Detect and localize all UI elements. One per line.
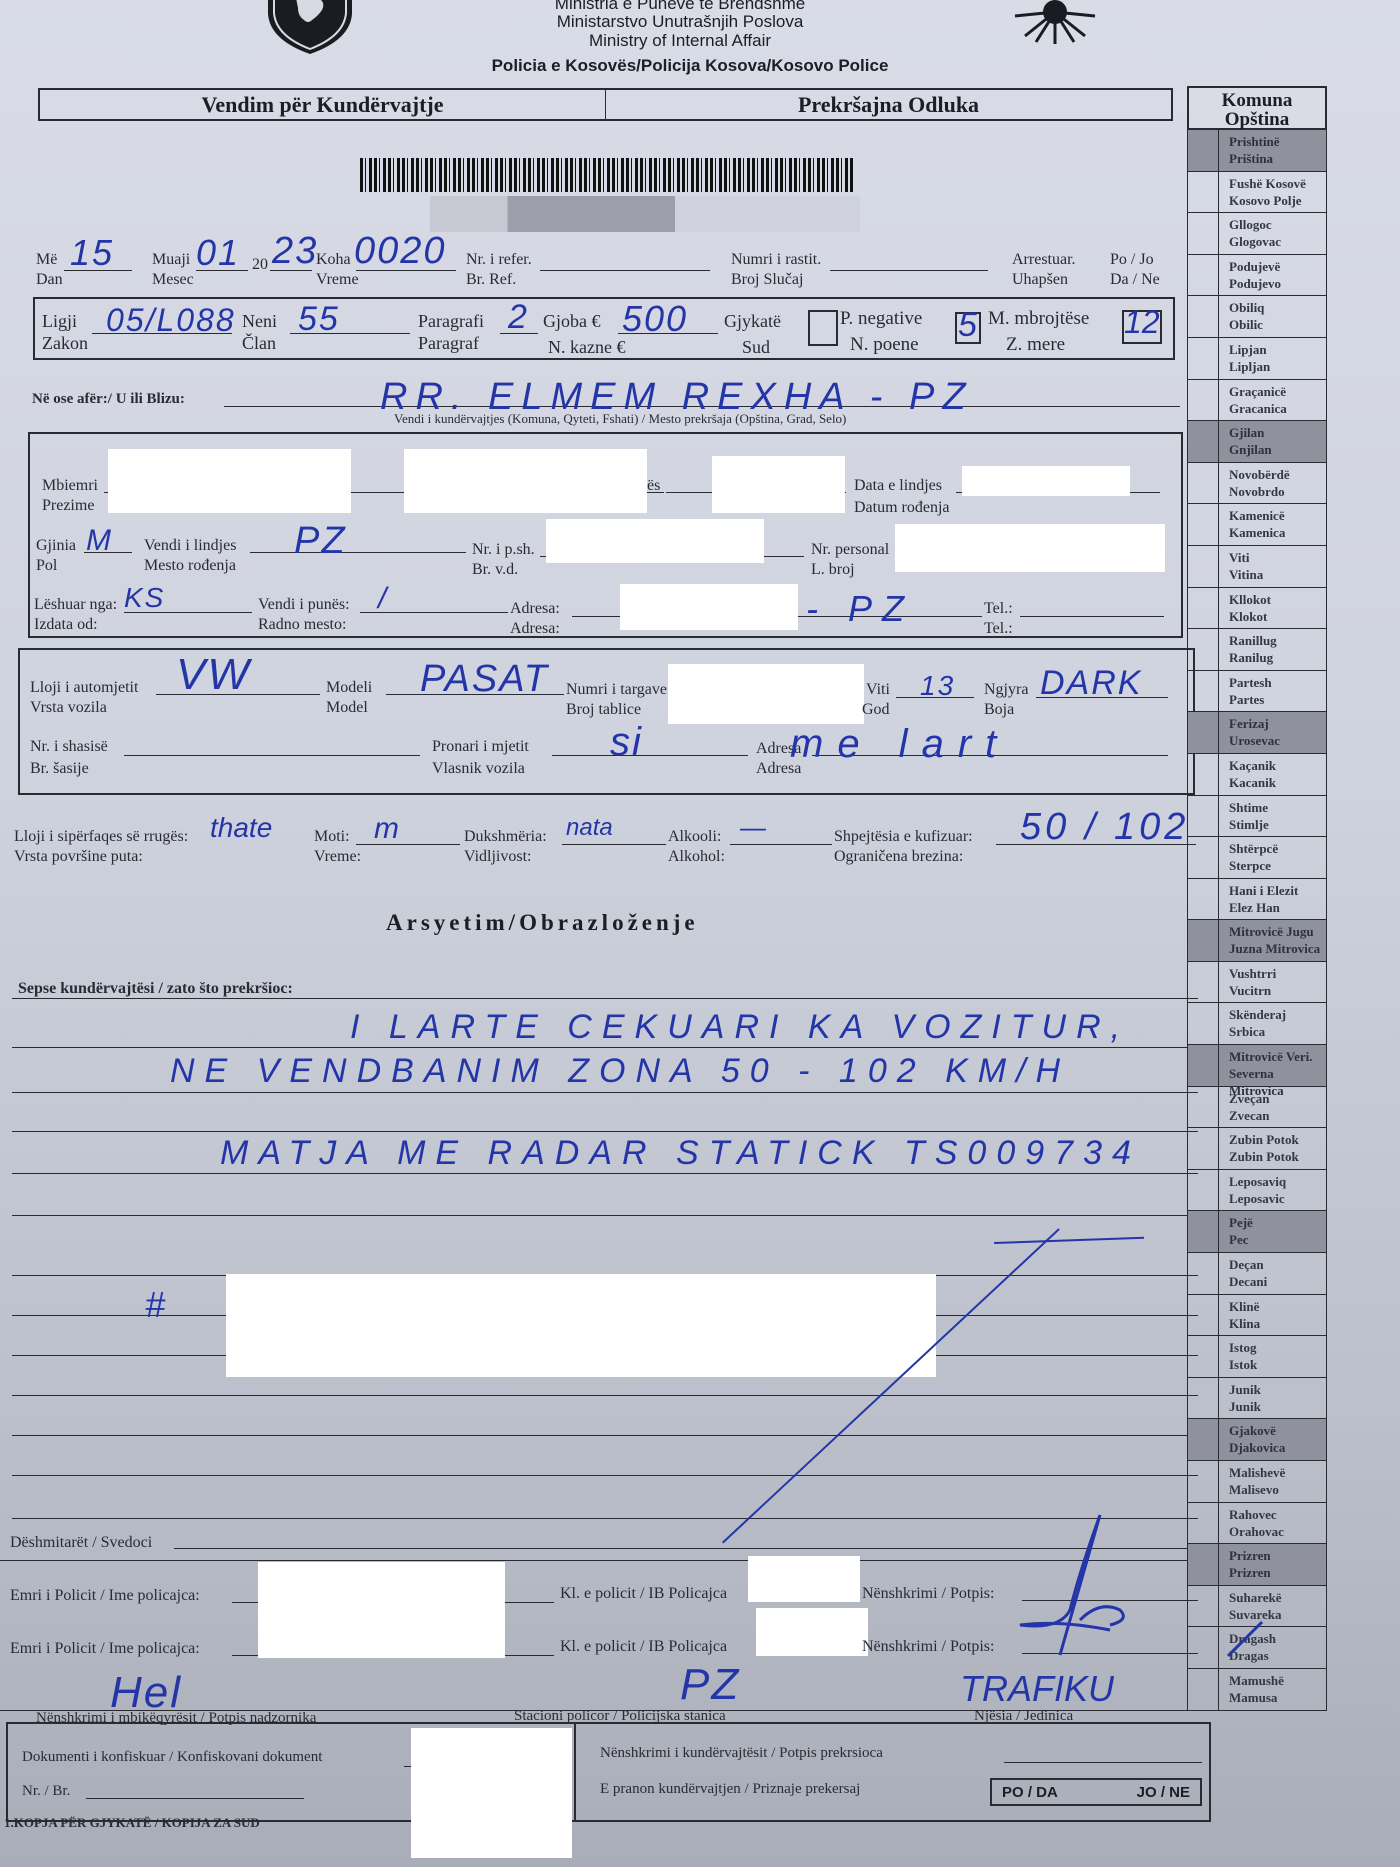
municipality-checkbox[interactable] — [1188, 504, 1219, 545]
birthplace-label: Vendi i lindjes — [144, 537, 236, 555]
ref-field[interactable] — [540, 270, 710, 271]
municipality-row[interactable]: LipjanLipljan — [1187, 338, 1327, 380]
chassis-number-label-sr: Br. šasije — [30, 760, 89, 778]
officer-name-label-1: Emri i Policit / Ime policajca: — [10, 1587, 200, 1605]
officer-name-field-1-redacted[interactable] — [258, 1562, 505, 1613]
municipality-name: FerizajUrosevac — [1219, 712, 1326, 753]
address-label-sr: Adresa: — [510, 620, 560, 638]
municipality-row[interactable]: GjakovëDjakovica — [1187, 1419, 1327, 1461]
municipality-row[interactable]: IstogIstok — [1187, 1336, 1327, 1378]
year-prefix: 20 — [252, 256, 268, 274]
station-field[interactable]: PZ — [680, 1660, 740, 1710]
address-label: Adresa: — [510, 600, 560, 618]
day-field[interactable]: 15 — [70, 232, 114, 274]
municipality-row[interactable]: Mitrovicë JuguJuzna Mitrovica — [1187, 920, 1327, 962]
municipality-checkbox[interactable] — [1188, 629, 1219, 670]
time-label: Koha — [316, 251, 351, 269]
municipality-name: Fushë KosovëKosovo Polje — [1219, 172, 1326, 213]
municipality-name: Zubin PotokZubin Potok — [1219, 1128, 1326, 1169]
municipality-row[interactable]: GjilanGnjilan — [1187, 421, 1327, 463]
visibility-field[interactable]: nata — [566, 814, 613, 842]
court-label-sr: Sud — [742, 338, 770, 356]
municipality-checkbox[interactable] — [1188, 1003, 1219, 1044]
law-field[interactable]: 05/L088 — [106, 302, 236, 339]
gender-label-sr: Pol — [36, 557, 57, 575]
plate-number-label-sr: Broj tablice — [566, 701, 641, 719]
municipality-name: ObiliqObilic — [1219, 296, 1326, 337]
owner-label: Pronari i mjetit — [432, 738, 529, 756]
municipality-checkbox[interactable] — [1188, 1586, 1219, 1627]
location-caption: Vendi i kundërvajtjes (Komuna, Qyteti, F… — [394, 410, 846, 428]
municipality-checkbox[interactable] — [1188, 754, 1219, 795]
municipality-name: KaçanikKacanik — [1219, 754, 1326, 795]
municipality-row[interactable]: NovobërdëNovobrdo — [1187, 463, 1327, 505]
municipality-name: JunikJunik — [1219, 1378, 1326, 1419]
officer-signature-icon — [1000, 1510, 1140, 1660]
owner-label-sr: Vlasnik vozila — [432, 760, 525, 778]
admits-offense-label: E pranon kundërvajtjen / Priznaje preker… — [600, 1780, 860, 1798]
municipality-name: GjakovëDjakovica — [1219, 1419, 1326, 1460]
protective-measures-field[interactable]: 12 — [1124, 304, 1160, 341]
issued-by-label-sr: Izdata od: — [34, 616, 98, 634]
confiscated-document-redacted — [411, 1728, 572, 1858]
article-label-sr: Član — [242, 334, 276, 352]
time-field[interactable]: 0020 — [354, 230, 447, 273]
municipality-name: LeposaviqLeposavic — [1219, 1170, 1326, 1211]
municipality-name: NovobërdëNovobrdo — [1219, 463, 1326, 504]
weather-field[interactable]: m — [374, 812, 401, 846]
reasoning-line-2[interactable]: NE VENDBANIM ZONA 50 - 102 KM/H — [170, 1052, 1070, 1091]
speed-limit-field[interactable]: 50 / 102 — [1020, 806, 1189, 849]
municipality-checkbox[interactable] — [1188, 1419, 1219, 1460]
municipality-checkbox[interactable] — [1188, 1627, 1219, 1668]
municipality-row[interactable]: ObiliqObilic — [1187, 296, 1327, 338]
road-surface-label: Lloji i sipërfaqes së rrugës: — [14, 828, 188, 846]
municipality-name: ZveçanZvecan — [1219, 1087, 1326, 1128]
municipality-name: PejëPec — [1219, 1211, 1326, 1252]
workplace-label: Vendi i punës: — [258, 596, 350, 614]
municipality-checkbox[interactable] — [1188, 1211, 1219, 1252]
municipality-checkbox[interactable] — [1188, 671, 1219, 712]
form-title-bar: Vendim për Kundërvajtje Prekršajna Odluk… — [38, 88, 1173, 121]
municipality-checkbox[interactable] — [1188, 1461, 1219, 1502]
municipality-checkbox[interactable] — [1188, 1170, 1219, 1211]
municipality-row[interactable]: ParteshPartes — [1187, 671, 1327, 713]
license-number-label-sr: Br. v.d. — [472, 561, 518, 579]
municipality-checkbox[interactable] — [1188, 130, 1219, 171]
municipality-checkbox[interactable] — [1188, 712, 1219, 753]
vehicle-year-field[interactable]: 13 — [920, 670, 955, 702]
municipality-row[interactable]: VitiVitina — [1187, 546, 1327, 588]
municipality-checkbox[interactable] — [1188, 546, 1219, 587]
strike-line-top — [994, 1237, 1144, 1244]
form-title-sr: Prekršajna Odluka — [606, 90, 1171, 119]
plate-number-field-redacted[interactable] — [668, 664, 864, 724]
vehicle-type-field[interactable]: VW — [176, 650, 251, 700]
municipality-checkbox[interactable] — [1188, 421, 1219, 462]
municipality-row[interactable]: GllogocGlogovac — [1187, 213, 1327, 255]
alcohol-label: Alkooli: — [668, 828, 721, 846]
dob-label-sr: Datum rođenja — [854, 499, 950, 517]
road-surface-field[interactable]: thate — [210, 812, 272, 844]
case-number-label: Numri i rastit. — [731, 251, 821, 269]
municipality-name: MamushëMamusa — [1219, 1669, 1326, 1710]
birthplace-label-sr: Mesto rođenja — [144, 557, 236, 575]
municipality-row[interactable]: FerizajUrosevac — [1187, 712, 1327, 754]
municipality-name: ShtimeStimlje — [1219, 796, 1326, 837]
municipality-name: KllokotKlokot — [1219, 588, 1326, 629]
municipality-checkbox[interactable] — [1188, 1087, 1219, 1128]
officer-name-label-2: Emri i Policit / Ime policajca: — [10, 1640, 200, 1658]
paragraph-field[interactable]: 2 — [508, 298, 529, 337]
document-nr-field[interactable] — [86, 1798, 304, 1799]
municipality-row[interactable]: PodujevëPodujevo — [1187, 255, 1327, 297]
model-label-sr: Model — [326, 699, 368, 717]
article-label: Neni — [242, 312, 277, 330]
owner-field[interactable]: si — [610, 720, 643, 765]
ref-label-sr: Br. Ref. — [466, 271, 516, 289]
negative-points-label-sr: N. poene — [850, 336, 919, 354]
reasoning-line-3[interactable]: MATJA ME RADAR STATICK TS009734 — [220, 1134, 1141, 1173]
color-label-sr: Boja — [984, 701, 1014, 719]
color-field[interactable]: DARK — [1040, 664, 1142, 703]
officer-id-label-2: Kl. e policit / IB Policajca — [560, 1638, 727, 1656]
municipality-checkbox[interactable] — [1188, 1295, 1219, 1336]
tel-label-sr: Tel.: — [984, 620, 1013, 638]
municipality-name: LipjanLipljan — [1219, 338, 1326, 379]
address-field[interactable]: - PZ — [806, 588, 914, 630]
municipality-row[interactable]: SkënderajSrbica — [1187, 1003, 1327, 1045]
barcode-number-redacted — [430, 196, 860, 232]
location-label: Në ose afër:/ U ili Blizu: — [32, 390, 185, 408]
admits-yes-option[interactable]: PO / DA — [1002, 1784, 1058, 1801]
municipality-row[interactable]: KaçanikKacanik — [1187, 754, 1327, 796]
municipality-name: RahovecOrahovac — [1219, 1503, 1326, 1544]
ref-label: Nr. i refer. — [466, 251, 532, 269]
municipality-checkbox[interactable] — [1188, 380, 1219, 421]
fine-label-sr: N. kazne € — [548, 338, 625, 356]
municipality-row[interactable]: Mitrovicë Veri.Severna Mitrovica — [1187, 1045, 1327, 1087]
municipality-checkbox[interactable] — [1188, 338, 1219, 379]
reasoning-because-label: Sepse kundërvajtësi / zato što prekršioc… — [18, 980, 293, 998]
municipality-row[interactable]: JunikJunik — [1187, 1378, 1327, 1420]
negative-points-field[interactable]: 5 — [958, 306, 977, 345]
personal-number-label: Nr. personal — [811, 541, 889, 559]
alcohol-field[interactable]: — — [740, 812, 768, 843]
municipality-name: Mitrovicë Veri.Severna Mitrovica — [1219, 1045, 1326, 1086]
officer-id-field-2-redacted[interactable] — [756, 1608, 868, 1656]
issued-by-field[interactable]: KS — [124, 582, 165, 614]
document-nr-label: Nr. / Br. — [22, 1782, 70, 1800]
paragraph-label-sr: Paragraf — [418, 334, 479, 352]
case-number-field[interactable] — [830, 270, 988, 271]
municipality-name: VushtrriVucitrn — [1219, 962, 1326, 1003]
month-label: Muaji — [152, 251, 190, 269]
dob-label: Data e lindjes — [854, 477, 942, 495]
dob-field-redacted[interactable] — [962, 466, 1130, 496]
chassis-number-field[interactable] — [124, 755, 420, 756]
vehicle-year-label-sr: God — [862, 701, 890, 719]
fine-label: Gjoba € — [543, 312, 601, 330]
arrested-label-sr: Uhapšen — [1012, 271, 1068, 289]
officer-id-field-1-redacted[interactable] — [748, 1556, 860, 1602]
municipality-checkbox[interactable] — [1188, 1503, 1219, 1544]
workplace-label-sr: Radno mesto: — [258, 616, 346, 634]
issued-by-label: Lëshuar nga: — [34, 596, 117, 614]
case-number-label-sr: Broj Slučaj — [731, 271, 803, 289]
municipality-name: PrizrenPrizren — [1219, 1544, 1326, 1585]
municipality-list: Komuna Opština PrishtinëPrištinaFushë Ko… — [1187, 86, 1327, 1711]
surname-label-sr: Prezime — [42, 497, 94, 515]
tel-label: Tel.: — [984, 600, 1013, 618]
ministry-name-sr: Ministarstvo Unutrašnjih Poslova — [470, 12, 890, 31]
month-label-sr: Mesec — [152, 271, 194, 289]
reasoning-line-1[interactable]: I LARTE CEKUARI KA VOZITUR, — [350, 1008, 1130, 1047]
father-name-field-redacted[interactable] — [712, 456, 845, 513]
municipality-name: VitiVitina — [1219, 546, 1326, 587]
confiscated-document-label: Dokumenti i konfiskuar / Konfiskovani do… — [22, 1748, 322, 1766]
kosovo-police-shield-icon — [262, 0, 358, 56]
municipality-checkbox[interactable] — [1188, 962, 1219, 1003]
copy-note: 1.KOPJA PËR GJYKATË / KOPIJA ZA SUD — [4, 1814, 260, 1832]
offender-signature-label: Nënshkrimi i kundërvajtësit / Potpis pre… — [600, 1744, 883, 1762]
municipality-row[interactable]: Zubin PotokZubin Potok — [1187, 1128, 1327, 1170]
reasoning-title: Arsyetim/Obrazloženje — [386, 910, 699, 936]
article-field[interactable]: 55 — [298, 300, 340, 339]
court-label: Gjykatë — [724, 312, 781, 330]
vehicle-type-label-sr: Vrsta vozila — [30, 699, 107, 717]
municipality-row[interactable]: DeçanDecani — [1187, 1253, 1327, 1295]
time-label-sr: Vreme — [316, 271, 359, 289]
municipality-row[interactable]: PejëPec — [1187, 1211, 1327, 1253]
chassis-number-label: Nr. i shasisë — [30, 738, 108, 756]
municipality-name: Hani i ElezitElez Han — [1219, 879, 1326, 920]
gender-field[interactable]: M — [86, 524, 113, 558]
day-label: Më — [36, 251, 57, 269]
sun-emblem-icon — [1000, 0, 1110, 46]
speed-limit-label-sr: Ograničena brezina: — [834, 848, 963, 866]
municipality-name: PodujevëPodujevo — [1219, 255, 1326, 296]
prizren-check-mark-icon — [1226, 1620, 1266, 1660]
municipality-row[interactable]: LeposaviqLeposavic — [1187, 1170, 1327, 1212]
municipality-checkbox[interactable] — [1188, 1544, 1219, 1585]
municipality-checkbox[interactable] — [1188, 1669, 1219, 1710]
alcohol-label-sr: Alkohol: — [668, 848, 725, 866]
municipality-checkbox[interactable] — [1188, 1045, 1219, 1086]
negative-points-label: P. negative — [840, 310, 922, 328]
weather-label-sr: Vreme: — [314, 848, 361, 866]
birthplace-field[interactable]: PZ — [294, 520, 347, 563]
gender-label: Gjinia — [36, 537, 76, 555]
offender-signature-field[interactable] — [1004, 1762, 1202, 1763]
paragraph-label: Paragrafi — [418, 312, 484, 330]
license-number-field-redacted[interactable] — [546, 519, 764, 563]
vehicle-year-label: Viti — [866, 681, 890, 699]
law-label: Ligji — [42, 312, 77, 330]
law-label-sr: Zakon — [42, 334, 88, 352]
visibility-label-sr: Vidljivost: — [464, 848, 532, 866]
barcode — [360, 158, 855, 192]
unit-field[interactable]: TRAFIKU — [960, 1668, 1114, 1710]
plate-number-label: Numri i targave — [566, 681, 667, 699]
address-field-redacted[interactable] — [620, 584, 798, 630]
municipality-name: RanillugRanilug — [1219, 629, 1326, 670]
municipality-row[interactable]: MalishevëMalisevo — [1187, 1461, 1327, 1503]
arrested-options-sr[interactable]: Da / Ne — [1110, 271, 1160, 289]
model-field[interactable]: PASAT — [420, 658, 549, 701]
municipality-row[interactable]: RahovecOrahovac — [1187, 1503, 1327, 1545]
model-label: Modeli — [326, 679, 372, 697]
municipality-name: KlinëKlina — [1219, 1295, 1326, 1336]
municipality-name: PrishtinëPriština — [1219, 130, 1326, 171]
police-title: Policia e Kosovës/Policija Kosova/Kosovo… — [440, 56, 940, 76]
municipality-name: KamenicëKamenica — [1219, 504, 1326, 545]
municipality-row[interactable]: GraçanicëGracanica — [1187, 380, 1327, 422]
vehicle-type-label: Lloji i automjetit — [30, 679, 138, 697]
weather-label: Moti: — [314, 828, 350, 846]
municipality-row[interactable]: ShtërpcëSterpce — [1187, 837, 1327, 879]
personal-number-field-redacted[interactable] — [895, 524, 1165, 572]
signature-label-2: Nënshkrimi / Potpis: — [862, 1638, 994, 1656]
license-number-label: Nr. i p.sh. — [472, 541, 535, 559]
admits-no-option[interactable]: JO / NE — [1137, 1784, 1190, 1801]
municipality-row[interactable]: KllokotKlokot — [1187, 588, 1327, 630]
municipality-row[interactable]: KlinëKlina — [1187, 1295, 1327, 1337]
municipality-name: DeçanDecani — [1219, 1253, 1326, 1294]
visibility-label: Dukshmëria: — [464, 828, 547, 846]
municipality-checkbox[interactable] — [1188, 837, 1219, 878]
color-label: Ngjyra — [984, 681, 1028, 699]
workplace-field[interactable]: / — [378, 582, 388, 616]
witnesses-label: Dëshmitarët / Svedoci — [10, 1534, 152, 1552]
father-name-label: ës — [647, 477, 660, 495]
personal-number-label-sr: L. broj — [811, 561, 855, 579]
arrested-label: Arrestuar. — [1012, 251, 1076, 269]
speed-limit-label: Shpejtësia e kufizuar: — [834, 828, 973, 846]
municipality-name: SkënderajSrbica — [1219, 1003, 1326, 1044]
municipality-row[interactable]: KamenicëKamenica — [1187, 504, 1327, 546]
municipality-checkbox[interactable] — [1188, 920, 1219, 961]
name-field-redacted[interactable] — [404, 449, 647, 513]
municipality-checkbox[interactable] — [1188, 1253, 1219, 1294]
day-label-sr: Dan — [36, 271, 63, 289]
municipality-row[interactable]: VushtrriVucitrn — [1187, 962, 1327, 1004]
municipality-checkbox[interactable] — [1188, 213, 1219, 254]
municipality-row[interactable]: Hani i ElezitElez Han — [1187, 879, 1327, 921]
footer-section — [6, 1722, 1211, 1822]
municipality-header: Komuna Opština — [1187, 86, 1327, 130]
municipality-checkbox[interactable] — [1188, 879, 1219, 920]
owner-address-field[interactable]: me lart — [790, 722, 1010, 767]
municipality-checkbox[interactable] — [1188, 588, 1219, 629]
reasoning-redacted — [226, 1274, 936, 1377]
municipality-name: GraçanicëGracanica — [1219, 380, 1326, 421]
admits-offense-options: PO / DA JO / NE — [990, 1778, 1202, 1806]
municipality-checkbox[interactable] — [1188, 796, 1219, 837]
municipality-checkbox[interactable] — [1188, 463, 1219, 504]
municipality-checkbox[interactable] — [1188, 172, 1219, 213]
month-field[interactable]: 01 — [196, 232, 240, 274]
municipality-row[interactable]: ShtimeStimlje — [1187, 796, 1327, 838]
municipality-checkbox[interactable] — [1188, 296, 1219, 337]
municipality-row[interactable]: Fushë KosovëKosovo Polje — [1187, 172, 1327, 214]
municipality-checkbox[interactable] — [1188, 1378, 1219, 1419]
tel-field[interactable] — [1020, 616, 1164, 617]
ministry-name-en: Ministry of Internal Affair — [470, 31, 890, 50]
municipality-checkbox[interactable] — [1188, 255, 1219, 296]
municipality-name: ParteshPartes — [1219, 671, 1326, 712]
municipality-checkbox[interactable] — [1188, 1336, 1219, 1377]
municipality-name: GjilanGnjilan — [1219, 421, 1326, 462]
municipality-name: GllogocGlogovac — [1219, 213, 1326, 254]
officer-id-label-1: Kl. e policit / IB Policajca — [560, 1585, 727, 1603]
municipality-row[interactable]: PrishtinëPriština — [1187, 130, 1327, 172]
municipality-name: IstogIstok — [1219, 1336, 1326, 1377]
municipality-row[interactable]: PrizrenPrizren — [1187, 1544, 1327, 1586]
officer-name-field-2-redacted[interactable] — [258, 1610, 505, 1658]
year-field[interactable]: 23 — [272, 230, 318, 273]
municipality-row[interactable]: RanillugRanilug — [1187, 629, 1327, 671]
municipality-row[interactable]: MamushëMamusa — [1187, 1669, 1327, 1711]
protective-measures-label: M. mbrojtëse — [988, 310, 1089, 328]
protective-measures-label-sr: Z. mere — [1006, 336, 1065, 354]
court-checkbox[interactable] — [808, 310, 838, 346]
municipality-row[interactable]: ZveçanZvecan — [1187, 1087, 1327, 1129]
surname-field-redacted[interactable] — [108, 449, 351, 513]
surname-label: Mbiemri — [42, 477, 98, 495]
reasoning-line-4[interactable]: # — [145, 1284, 167, 1326]
form-title-sq: Vendim për Kundërvajtje — [40, 90, 606, 119]
municipality-checkbox[interactable] — [1188, 1128, 1219, 1169]
road-surface-label-sr: Vrsta površine puta: — [14, 848, 143, 866]
municipality-name: MalishevëMalisevo — [1219, 1461, 1326, 1502]
municipality-name: ShtërpcëSterpce — [1219, 837, 1326, 878]
fine-amount-field[interactable]: 500 — [622, 298, 688, 340]
signature-label-1: Nënshkrimi / Potpis: — [862, 1585, 994, 1603]
municipality-name: Mitrovicë JuguJuzna Mitrovica — [1219, 920, 1326, 961]
arrested-options[interactable]: Po / Jo — [1110, 251, 1154, 269]
